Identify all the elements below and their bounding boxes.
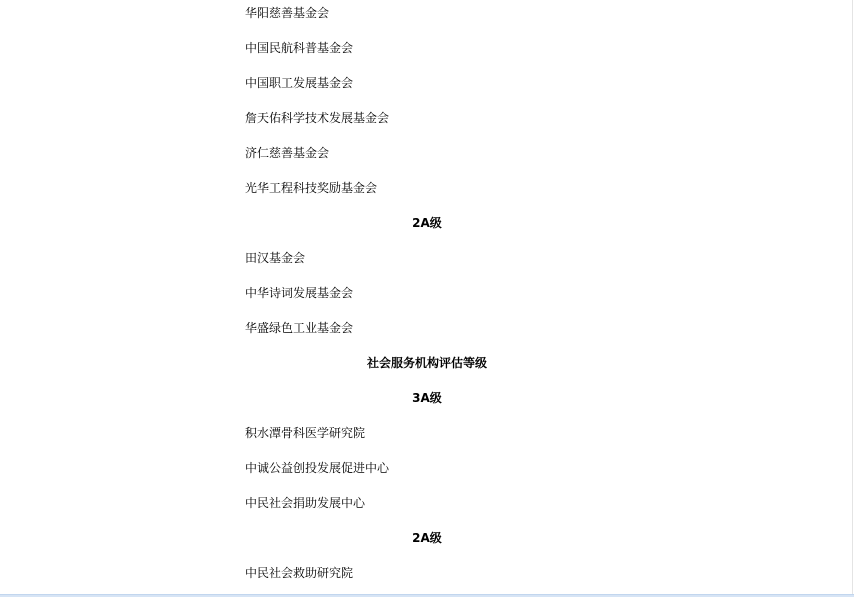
foundation-item: 华盛绿色工业基金会 — [245, 321, 353, 335]
institution-item: 积水潭骨科医学研究院 — [245, 426, 365, 440]
section-heading-social-service: 社会服务机构评估等级 — [245, 356, 609, 370]
grade-heading-2a: 2A级 — [245, 531, 609, 545]
foundation-item: 中国民航科普基金会 — [245, 41, 353, 55]
grade-heading-3a: 3A级 — [245, 391, 609, 405]
foundation-item: 光华工程科技奖励基金会 — [245, 181, 377, 195]
foundation-item: 中华诗词发展基金会 — [245, 286, 353, 300]
foundation-item: 詹天佑科学技术发展基金会 — [245, 111, 389, 125]
grade-heading-2a: 2A级 — [245, 216, 609, 230]
foundation-item: 田汉基金会 — [245, 251, 305, 265]
institution-item: 中诚公益创投发展促进中心 — [245, 461, 389, 475]
foundation-item: 济仁慈善基金会 — [245, 146, 329, 160]
foundation-item: 华阳慈善基金会 — [245, 6, 329, 20]
document-content: 华阳慈善基金会 中国民航科普基金会 中国职工发展基金会 詹天佑科学技术发展基金会… — [0, 0, 852, 594]
foundation-item: 中国职工发展基金会 — [245, 76, 353, 90]
institution-item: 中民社会救助研究院 — [245, 566, 353, 580]
content-right-border — [852, 0, 853, 594]
institution-item: 中民社会捐助发展中心 — [245, 496, 365, 510]
